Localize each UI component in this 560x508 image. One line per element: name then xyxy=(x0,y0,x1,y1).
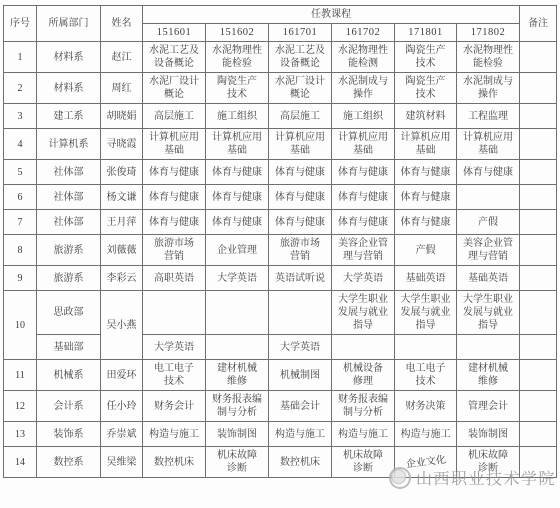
course-cell: 美容企业管 理与营销 xyxy=(332,235,395,266)
course-cell: 体育与健康 xyxy=(269,160,332,185)
note-cell xyxy=(520,160,557,185)
department-cell: 材料系 xyxy=(37,42,101,73)
department-cell-text: 装饰系 xyxy=(54,428,84,441)
course-cell xyxy=(206,291,269,335)
department-cell-text: 社体部 xyxy=(54,166,84,179)
course-cell: 财务报表编 制与分析 xyxy=(206,391,269,422)
row-number: 7 xyxy=(4,210,37,235)
table-row: 12会计系任小玲财务会计财务报表编 制与分析基础会计财务报表编 制与分析财务决策… xyxy=(4,391,557,422)
row-number-text: 12 xyxy=(15,400,25,413)
course-cell-text: 机床故障 诊断 xyxy=(343,449,383,475)
class-code: 171801 xyxy=(395,24,457,42)
course-cell: 构造与施工 xyxy=(143,422,206,447)
department-cell-text: 材料系 xyxy=(54,51,84,64)
course-cell: 体育与健康 xyxy=(269,185,332,210)
course-cell-text: 大学生职业 发展与就业 指导 xyxy=(338,293,388,332)
note-cell xyxy=(520,447,557,478)
course-cell-text: 水泥制成与 操作 xyxy=(463,75,513,101)
row-number: 6 xyxy=(4,185,37,210)
row-number-text: 7 xyxy=(18,216,23,229)
course-cell-text: 电工电子 技术 xyxy=(406,362,446,388)
course-cell: 企业文化 xyxy=(395,447,457,478)
course-cell-text: 大学英语 xyxy=(280,341,320,354)
course-cell-text: 施工组织 xyxy=(343,110,383,123)
teacher-name-cell-text: 杨文谦 xyxy=(107,191,137,204)
teacher-name-cell-text: 吴小燕 xyxy=(107,319,137,332)
course-cell-text: 建材机械 维修 xyxy=(468,362,508,388)
course-cell xyxy=(395,335,457,360)
course-cell: 旅游市场 营销 xyxy=(269,235,332,266)
course-cell-text: 水泥制成与 操作 xyxy=(338,75,388,101)
col-header-courses: 任教课程 xyxy=(143,6,520,24)
teacher-name-cell-text: 赵江 xyxy=(112,51,132,64)
course-cell-text: 构造与施工 xyxy=(338,428,388,441)
course-cell: 陶瓷生产 技术 xyxy=(395,73,457,104)
course-cell: 大学英语 xyxy=(269,335,332,360)
course-cell: 体育与健康 xyxy=(395,160,457,185)
row-number-text: 14 xyxy=(15,456,25,469)
course-cell-text: 计算机应用 基础 xyxy=(275,131,325,157)
department-cell-text: 数控系 xyxy=(54,456,84,469)
course-cell: 大学英语 xyxy=(206,266,269,291)
course-cell: 美容企业管 理与营销 xyxy=(457,235,520,266)
note-cell xyxy=(520,73,557,104)
course-cell-text: 机床故障 诊断 xyxy=(217,449,257,475)
course-cell: 电工电子 技术 xyxy=(143,360,206,391)
course-cell: 体育与健康 xyxy=(206,210,269,235)
course-cell: 计算机应用 基础 xyxy=(143,129,206,160)
course-cell xyxy=(457,335,520,360)
department-cell: 建工系 xyxy=(37,104,101,129)
course-cell xyxy=(457,185,520,210)
course-cell-text: 体育与健康 xyxy=(275,166,325,179)
course-cell: 财务会计 xyxy=(143,391,206,422)
course-cell: 产假 xyxy=(457,210,520,235)
course-cell: 装饰制图 xyxy=(457,422,520,447)
course-cell-text: 建材机械 维修 xyxy=(217,362,257,388)
row-number-text: 13 xyxy=(15,428,25,441)
teacher-name-cell: 刘薇薇 xyxy=(101,235,143,266)
teacher-name-cell: 吴维梁 xyxy=(101,447,143,478)
course-cell-text: 水泥物理性 能检测 xyxy=(338,44,388,70)
course-cell-text: 建筑材料 xyxy=(406,110,446,123)
course-cell-text: 水泥工艺及 设备概论 xyxy=(149,44,199,70)
table-row: 1材料系赵江水泥工艺及 设备概论水泥物理性 能检验水泥工艺及 设备概论水泥物理性… xyxy=(4,42,557,73)
course-cell-text: 体育与健康 xyxy=(338,191,388,204)
course-cell-text: 计算机应用 基础 xyxy=(212,131,262,157)
course-cell: 旅游市场 营销 xyxy=(143,235,206,266)
course-cell-text: 装饰制图 xyxy=(468,428,508,441)
department-cell: 计算机系 xyxy=(37,129,101,160)
course-cell-text: 大学生职业 发展与就业 指导 xyxy=(401,293,451,332)
col-header-note: 备注 xyxy=(520,6,557,42)
course-cell-text: 财务报表编 制与分析 xyxy=(338,393,388,419)
course-cell-text: 产假 xyxy=(416,244,436,257)
course-cell-text: 施工组织 xyxy=(217,110,257,123)
course-cell: 计算机应用 基础 xyxy=(457,129,520,160)
table-row: 2材料系周红水泥厂设计 概论陶瓷生产 技术水泥厂设计 概论水泥制成与 操作陶瓷生… xyxy=(4,73,557,104)
table-row: 10思政部吴小燕大学生职业 发展与就业 指导大学生职业 发展与就业 指导大学生职… xyxy=(4,291,557,335)
note-cell xyxy=(520,185,557,210)
note-cell xyxy=(520,360,557,391)
teacher-name-cell-text: 吴维梁 xyxy=(107,456,137,469)
course-cell-text: 产假 xyxy=(478,216,498,229)
table-row: 基础部大学英语大学英语 xyxy=(4,335,557,360)
course-cell: 体育与健康 xyxy=(332,185,395,210)
course-cell: 计算机应用 基础 xyxy=(395,129,457,160)
row-number: 1 xyxy=(4,42,37,73)
table-row: 14数控系吴维梁数控机床机床故障 诊断数控机床机床故障 诊断企业文化机床故障 诊… xyxy=(4,447,557,478)
course-cell-text: 陶瓷生产 技术 xyxy=(406,75,446,101)
row-number: 8 xyxy=(4,235,37,266)
course-table-body: 1材料系赵江水泥工艺及 设备概论水泥物理性 能检验水泥工艺及 设备概论水泥物理性… xyxy=(4,42,557,478)
row-number: 2 xyxy=(4,73,37,104)
course-cell: 建筑材料 xyxy=(395,104,457,129)
teacher-name-cell-text: 周红 xyxy=(112,82,132,95)
course-cell-text: 机床故障 诊断 xyxy=(468,449,508,475)
course-cell: 基础会计 xyxy=(269,391,332,422)
course-cell: 体育与健康 xyxy=(395,185,457,210)
course-cell: 体育与健康 xyxy=(332,160,395,185)
course-cell-text: 体育与健康 xyxy=(401,216,451,229)
course-cell: 大学生职业 发展与就业 指导 xyxy=(332,291,395,335)
course-cell: 体育与健康 xyxy=(206,185,269,210)
teacher-name-cell: 任小玲 xyxy=(101,391,143,422)
department-cell-text: 旅游系 xyxy=(54,272,84,285)
course-cell-text: 高层施工 xyxy=(280,110,320,123)
teacher-name-cell: 赵江 xyxy=(101,42,143,73)
course-cell-text: 大学生职业 发展与就业 指导 xyxy=(463,293,513,332)
row-number-text: 1 xyxy=(18,51,23,64)
teacher-name-cell: 乔崇斌 xyxy=(101,422,143,447)
note-cell xyxy=(520,422,557,447)
course-cell-text: 计算机应用 基础 xyxy=(149,131,199,157)
row-number: 11 xyxy=(4,360,37,391)
course-cell xyxy=(269,291,332,335)
row-number: 12 xyxy=(4,391,37,422)
course-cell: 计算机应用 基础 xyxy=(206,129,269,160)
course-cell-text: 基础会计 xyxy=(280,400,320,413)
department-cell: 材料系 xyxy=(37,73,101,104)
note-cell xyxy=(520,291,557,335)
department-cell: 会计系 xyxy=(37,391,101,422)
course-cell: 装饰制图 xyxy=(206,422,269,447)
course-cell-text: 计算机应用 基础 xyxy=(463,131,513,157)
course-cell-text: 构造与施工 xyxy=(275,428,325,441)
course-cell-text: 计算机应用 基础 xyxy=(401,131,451,157)
course-cell: 陶瓷生产 技术 xyxy=(206,73,269,104)
course-cell: 机械设备 修理 xyxy=(332,360,395,391)
course-cell: 水泥厂设计 概论 xyxy=(269,73,332,104)
teacher-name-cell-text: 寻晓霞 xyxy=(107,138,137,151)
course-cell-text: 体育与健康 xyxy=(149,191,199,204)
department-cell: 装饰系 xyxy=(37,422,101,447)
teacher-name-cell: 胡晓娟 xyxy=(101,104,143,129)
course-cell-text: 陶瓷生产 技术 xyxy=(217,75,257,101)
row-number: 3 xyxy=(4,104,37,129)
teacher-name-cell: 李彩云 xyxy=(101,266,143,291)
row-number-text: 11 xyxy=(15,369,25,382)
row-number: 13 xyxy=(4,422,37,447)
course-cell-text: 体育与健康 xyxy=(149,216,199,229)
course-cell-text: 电工电子 技术 xyxy=(154,362,194,388)
course-cell: 构造与施工 xyxy=(332,422,395,447)
course-cell: 财务决策 xyxy=(395,391,457,422)
col-header-name: 姓名 xyxy=(101,6,143,42)
course-cell: 体育与健康 xyxy=(269,210,332,235)
teacher-name-cell-text: 胡晓娟 xyxy=(107,110,137,123)
class-code: 151602 xyxy=(206,24,269,42)
course-cell-text: 体育与健康 xyxy=(275,191,325,204)
course-cell-text: 数控机床 xyxy=(154,456,194,469)
note-cell xyxy=(520,391,557,422)
course-cell-text: 装饰制图 xyxy=(217,428,257,441)
course-cell: 体育与健康 xyxy=(143,185,206,210)
teacher-name-cell: 王月萍 xyxy=(101,210,143,235)
course-cell-text: 体育与健康 xyxy=(149,166,199,179)
course-cell: 水泥厂设计 概论 xyxy=(143,73,206,104)
course-cell-text: 水泥厂设计 概论 xyxy=(149,75,199,101)
course-cell-text: 体育与健康 xyxy=(338,216,388,229)
col-header-department: 所属部门 xyxy=(37,6,101,42)
department-cell: 机械系 xyxy=(37,360,101,391)
course-cell: 高层施工 xyxy=(143,104,206,129)
row-number-text: 10 xyxy=(15,319,25,332)
course-cell-text: 财务会计 xyxy=(154,400,194,413)
department-cell-text: 建工系 xyxy=(54,110,84,123)
course-cell: 水泥制成与 操作 xyxy=(457,73,520,104)
teacher-name-cell: 田爱环 xyxy=(101,360,143,391)
course-cell: 大学生职业 发展与就业 指导 xyxy=(395,291,457,335)
table-row: 11机械系田爱环电工电子 技术建材机械 维修机械制图机械设备 修理电工电子 技术… xyxy=(4,360,557,391)
col-header-number: 序号 xyxy=(4,6,37,42)
course-cell: 大学英语 xyxy=(143,335,206,360)
course-cell-text: 体育与健康 xyxy=(212,166,262,179)
note-cell xyxy=(520,104,557,129)
department-cell-text: 思政部 xyxy=(54,306,84,319)
table-row: 6社体部杨文谦体育与健康体育与健康体育与健康体育与健康体育与健康 xyxy=(4,185,557,210)
course-cell: 水泥物理性 能检测 xyxy=(332,42,395,73)
course-cell: 基础英语 xyxy=(395,266,457,291)
course-cell-text: 财务报表编 制与分析 xyxy=(212,393,262,419)
department-cell: 社体部 xyxy=(37,185,101,210)
course-cell-text: 体育与健康 xyxy=(463,166,513,179)
course-cell-text: 水泥厂设计 概论 xyxy=(275,75,325,101)
department-cell: 社体部 xyxy=(37,160,101,185)
department-cell-text: 会计系 xyxy=(54,400,84,413)
course-cell-text: 大学英语 xyxy=(154,341,194,354)
course-cell-text: 企业文化 xyxy=(405,453,446,471)
class-code: 151601 xyxy=(143,24,206,42)
department-cell: 思政部 xyxy=(37,291,101,335)
course-cell: 机床故障 诊断 xyxy=(206,447,269,478)
course-cell-text: 体育与健康 xyxy=(338,166,388,179)
class-code: 171802 xyxy=(457,24,520,42)
row-number-text: 4 xyxy=(18,138,23,151)
course-cell: 建材机械 维修 xyxy=(206,360,269,391)
row-number-text: 8 xyxy=(18,244,23,257)
row-number: 14 xyxy=(4,447,37,478)
row-number-text: 5 xyxy=(18,166,23,179)
course-cell: 计算机应用 基础 xyxy=(332,129,395,160)
row-number-text: 3 xyxy=(18,110,23,123)
course-cell: 管理会计 xyxy=(457,391,520,422)
course-cell: 英语试听说 xyxy=(269,266,332,291)
teacher-name-cell-text: 任小玲 xyxy=(107,400,137,413)
course-cell: 计算机应用 基础 xyxy=(269,129,332,160)
course-cell: 高层施工 xyxy=(269,104,332,129)
course-cell: 财务报表编 制与分析 xyxy=(332,391,395,422)
course-cell: 建材机械 维修 xyxy=(457,360,520,391)
course-cell: 体育与健康 xyxy=(332,210,395,235)
course-cell-text: 水泥物理性 能检验 xyxy=(212,44,262,70)
course-cell-text: 计算机应用 基础 xyxy=(338,131,388,157)
department-cell: 社体部 xyxy=(37,210,101,235)
course-cell xyxy=(206,335,269,360)
row-number-text: 2 xyxy=(18,82,23,95)
course-cell: 构造与施工 xyxy=(395,422,457,447)
class-code: 161701 xyxy=(269,24,332,42)
row-number: 10 xyxy=(4,291,37,360)
department-cell-text: 社体部 xyxy=(54,216,84,229)
course-cell-text: 工程监理 xyxy=(468,110,508,123)
course-cell-text: 高层施工 xyxy=(154,110,194,123)
teacher-name-cell-text: 张俊琦 xyxy=(107,166,137,179)
department-cell-text: 材料系 xyxy=(54,82,84,95)
teacher-name-cell: 杨文谦 xyxy=(101,185,143,210)
department-cell-text: 基础部 xyxy=(54,341,84,354)
teacher-name-cell: 寻晓霞 xyxy=(101,129,143,160)
course-cell-text: 水泥物理性 能检验 xyxy=(463,44,513,70)
course-cell: 电工电子 技术 xyxy=(395,360,457,391)
row-number-text: 6 xyxy=(18,191,23,204)
table-header: 序号 所属部门 姓名 任教课程 备注 151601 151602 161701 … xyxy=(4,6,557,42)
course-cell-text: 机械制图 xyxy=(280,369,320,382)
teacher-name-cell: 吴小燕 xyxy=(101,291,143,360)
course-cell-text: 体育与健康 xyxy=(212,191,262,204)
note-cell xyxy=(520,235,557,266)
note-cell xyxy=(520,42,557,73)
course-cell-text: 美容企业管 理与营销 xyxy=(338,237,388,263)
course-cell: 数控机床 xyxy=(143,447,206,478)
department-cell-text: 社体部 xyxy=(54,191,84,204)
course-cell-text: 体育与健康 xyxy=(401,166,451,179)
course-cell: 施工组织 xyxy=(332,104,395,129)
course-cell-text: 体育与健康 xyxy=(401,191,451,204)
course-cell-text: 体育与健康 xyxy=(275,216,325,229)
course-assignment-table: 序号 所属部门 姓名 任教课程 备注 151601 151602 161701 … xyxy=(3,5,557,478)
table-row: 13装饰系乔崇斌构造与施工装饰制图构造与施工构造与施工构造与施工装饰制图 xyxy=(4,422,557,447)
course-cell-text: 构造与施工 xyxy=(149,428,199,441)
course-cell-text: 构造与施工 xyxy=(401,428,451,441)
course-cell-text: 财务决策 xyxy=(406,400,446,413)
note-cell xyxy=(520,210,557,235)
note-cell xyxy=(520,335,557,360)
table-row: 4计算机系寻晓霞计算机应用 基础计算机应用 基础计算机应用 基础计算机应用 基础… xyxy=(4,129,557,160)
department-cell: 旅游系 xyxy=(37,266,101,291)
row-number-text: 9 xyxy=(18,272,23,285)
course-cell-text: 高职英语 xyxy=(154,272,194,285)
course-cell: 构造与施工 xyxy=(269,422,332,447)
department-cell: 旅游系 xyxy=(37,235,101,266)
course-cell: 体育与健康 xyxy=(143,210,206,235)
teacher-name-cell-text: 李彩云 xyxy=(107,272,137,285)
course-cell-text: 体育与健康 xyxy=(212,216,262,229)
course-cell: 机床故障 诊断 xyxy=(457,447,520,478)
note-cell xyxy=(520,266,557,291)
course-cell: 产假 xyxy=(395,235,457,266)
table-row: 5社体部张俊琦体育与健康体育与健康体育与健康体育与健康体育与健康体育与健康 xyxy=(4,160,557,185)
course-cell xyxy=(143,291,206,335)
teacher-name-cell: 张俊琦 xyxy=(101,160,143,185)
course-cell: 水泥物理性 能检验 xyxy=(206,42,269,73)
row-number: 5 xyxy=(4,160,37,185)
course-cell: 大学生职业 发展与就业 指导 xyxy=(457,291,520,335)
course-cell: 体育与健康 xyxy=(457,160,520,185)
course-cell-text: 基础英语 xyxy=(468,272,508,285)
header-row-main: 序号 所属部门 姓名 任教课程 备注 xyxy=(4,6,557,24)
course-cell: 数控机床 xyxy=(269,447,332,478)
course-cell-text: 企业管理 xyxy=(217,244,257,257)
teacher-name-cell-text: 乔崇斌 xyxy=(107,428,137,441)
teacher-name-cell-text: 王月萍 xyxy=(107,216,137,229)
department-cell-text: 旅游系 xyxy=(54,244,84,257)
course-cell-text: 数控机床 xyxy=(280,456,320,469)
note-cell xyxy=(520,129,557,160)
course-cell: 水泥工艺及 设备概论 xyxy=(143,42,206,73)
class-code: 161702 xyxy=(332,24,395,42)
row-number: 4 xyxy=(4,129,37,160)
course-cell: 工程监理 xyxy=(457,104,520,129)
course-cell-text: 水泥工艺及 设备概论 xyxy=(275,44,325,70)
course-cell-text: 基础英语 xyxy=(406,272,446,285)
course-cell-text: 旅游市场 营销 xyxy=(280,237,320,263)
course-cell: 高职英语 xyxy=(143,266,206,291)
course-cell: 大学英语 xyxy=(332,266,395,291)
table-row: 9旅游系李彩云高职英语大学英语英语试听说大学英语基础英语基础英语 xyxy=(4,266,557,291)
course-cell xyxy=(332,335,395,360)
table-row: 3建工系胡晓娟高层施工施工组织高层施工施工组织建筑材料工程监理 xyxy=(4,104,557,129)
course-cell: 机床故障 诊断 xyxy=(332,447,395,478)
teacher-name-cell-text: 田爱环 xyxy=(107,369,137,382)
course-cell: 水泥工艺及 设备概论 xyxy=(269,42,332,73)
course-cell-text: 英语试听说 xyxy=(275,272,325,285)
course-cell-text: 旅游市场 营销 xyxy=(154,237,194,263)
row-number: 9 xyxy=(4,266,37,291)
course-cell-text: 机械设备 修理 xyxy=(343,362,383,388)
course-cell: 水泥制成与 操作 xyxy=(332,73,395,104)
course-cell: 体育与健康 xyxy=(206,160,269,185)
department-cell-text: 计算机系 xyxy=(49,138,89,151)
course-cell: 陶瓷生产 技术 xyxy=(395,42,457,73)
department-cell: 基础部 xyxy=(37,335,101,360)
teacher-name-cell-text: 刘薇薇 xyxy=(107,244,137,257)
course-cell: 体育与健康 xyxy=(143,160,206,185)
course-cell: 体育与健康 xyxy=(395,210,457,235)
course-cell-text: 大学英语 xyxy=(217,272,257,285)
course-cell-text: 美容企业管 理与营销 xyxy=(463,237,513,263)
table-row: 8旅游系刘薇薇旅游市场 营销企业管理旅游市场 营销美容企业管 理与营销产假美容企… xyxy=(4,235,557,266)
course-cell-text: 陶瓷生产 技术 xyxy=(406,44,446,70)
course-cell: 基础英语 xyxy=(457,266,520,291)
department-cell: 数控系 xyxy=(37,447,101,478)
course-cell-text: 管理会计 xyxy=(468,400,508,413)
department-cell-text: 机械系 xyxy=(54,369,84,382)
course-cell-text: 大学英语 xyxy=(343,272,383,285)
teacher-name-cell: 周红 xyxy=(101,73,143,104)
course-cell: 水泥物理性 能检验 xyxy=(457,42,520,73)
course-cell: 施工组织 xyxy=(206,104,269,129)
